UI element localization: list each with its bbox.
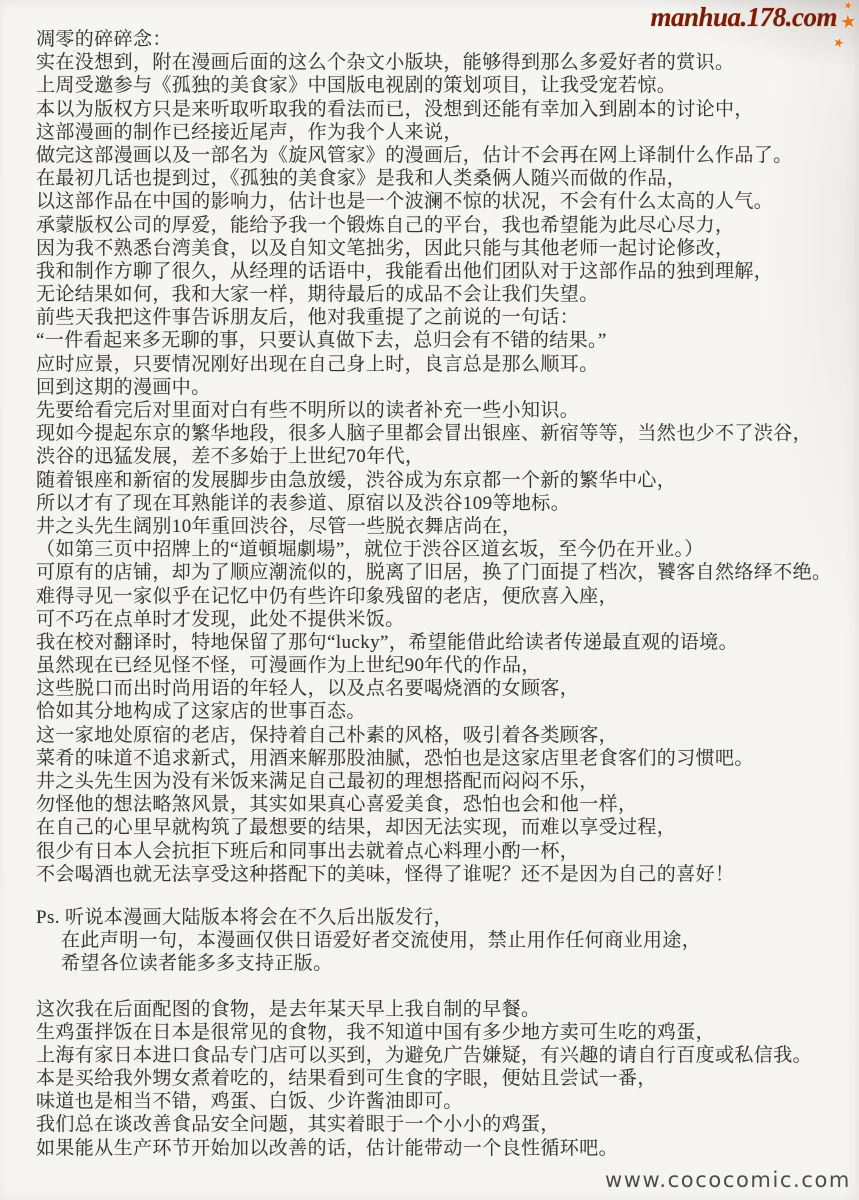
page-title: 凋零的碎碎念：: [36, 28, 848, 51]
text-line: 味道也是相当不错，鸡蛋、白饭、少许酱油即可。: [36, 1090, 848, 1113]
text-line: 这次我在后面配图的食物，是去年某天早上我自制的早餐。: [36, 998, 848, 1021]
text-line: 在最初几话也提到过，《孤独的美食家》是我和人类桑俩人随兴而做的作品，: [36, 167, 848, 190]
text-line: 在此声明一句，本漫画仅供日语爱好者交流使用，禁止用作任何商业用途，: [36, 929, 848, 952]
text-line: Ps. 听说本漫画大陆版本将会在不久后出版发行，: [36, 906, 848, 929]
text-line: 回到这期的漫画中。: [36, 376, 848, 399]
text-line: 恰如其分地构成了这家店的世事百态。: [36, 700, 848, 723]
text-line: 希望各位读者能多多支持正版。: [36, 952, 848, 975]
text-line: 不会喝酒也就无法享受这种搭配下的美味，怪得了谁呢？还不是因为自己的喜好！: [36, 863, 848, 886]
breakfast-paragraph: 这次我在后面配图的食物，是去年某天早上我自制的早餐。生鸡蛋拌饭在日本是很常见的食…: [36, 998, 848, 1160]
text-line: 这些脱口而出时尚用语的年轻人，以及点名要喝烧酒的女顾客，: [36, 677, 848, 700]
text-line: 应时应景，只要情况刚好出现在自己身上时，良言总是那么顺耳。: [36, 353, 848, 376]
text-line: 现如今提起东京的繁华地段，很多人脑子里都会冒出银座、新宿等等，当然也少不了渋谷，: [36, 422, 848, 445]
watermark-cococomic: www.cococomic.com: [605, 1168, 851, 1192]
text-line: 如果能从生产环节开始加以改善的话，估计能带动一个良性循环吧。: [36, 1137, 848, 1160]
text-line: 菜肴的味道不追求新式，用酒来解那股油腻，恐怕也是这家店里老食客们的习惯吧。: [36, 747, 848, 770]
text-line: 可不巧在点单时才发现，此处不提供米饭。: [36, 608, 848, 631]
text-line: 随着银座和新宿的发展脚步由急放缓，渋谷成为东京都一个新的繁华中心，: [36, 469, 848, 492]
afterword-text-column: 凋零的碎碎念： 实在没想到，附在漫画后面的这么个杂文小版块，能够得到那么多爱好者…: [36, 28, 848, 1160]
text-line: 以这部作品在中国的影响力，估计也是一个波澜不惊的状况，不会有什么太高的人气。: [36, 190, 848, 213]
text-line: 上海有家日本进口食品专门店可以买到，为避免广告嫌疑，有兴趣的请自行百度或私信我。: [36, 1044, 848, 1067]
text-line: 我和制作方聊了很久，从经理的话语中，我能看出他们团队对于这部作品的独到理解，: [36, 260, 848, 283]
text-line: 在自己的心里早就构筑了最想要的结果，却因无法实现，而难以享受过程，: [36, 816, 848, 839]
paragraph-gap: [36, 886, 848, 906]
text-line: （如第三页中招牌上的“道頓堀劇場”，就位于渋谷区道玄坂，至今仍在开业。）: [36, 538, 848, 561]
text-line: 虽然现在已经见怪不怪，可漫画作为上世纪90年代的作品，: [36, 654, 848, 677]
text-line: 实在没想到，附在漫画后面的这么个杂文小版块，能够得到那么多爱好者的赏识。: [36, 51, 848, 74]
text-line: 因为我不熟悉台湾美食，以及自知文笔拙劣，因此只能与其他老师一起讨论修改，: [36, 237, 848, 260]
text-line: 承蒙版权公司的厚爱，能给予我一个锻炼自己的平台，我也希望能为此尽心尽力，: [36, 214, 848, 237]
text-line: 做完这部漫画以及一部名为《旋风管家》的漫画后，估计不会再在网上译制什么作品了。: [36, 144, 848, 167]
text-line: 这部漫画的制作已经接近尾声，作为我个人来说，: [36, 121, 848, 144]
text-line: 井之头先生因为没有米饭来满足自己最初的理想搭配而闷闷不乐，: [36, 770, 848, 793]
text-line: 生鸡蛋拌饭在日本是很常见的食物，我不知道中国有多少地方卖可生吃的鸡蛋，: [36, 1021, 848, 1044]
text-line: 可原有的店铺，却为了顺应潮流似的，脱离了旧居，换了门面提了档次，饕客自然络绎不绝…: [36, 561, 848, 584]
scanned-afterword-page: manhua.178.com ★ ★ ★ 凋零的碎碎念： 实在没想到，附在漫画后…: [0, 0, 859, 1200]
text-line: 所以才有了现在耳熟能详的表参道、原宿以及渋谷109等地标。: [36, 492, 848, 515]
text-line: 本是买给我外甥女煮着吃的，结果看到可生食的字眼，便姑且尝试一番，: [36, 1067, 848, 1090]
text-line: 我们总在谈改善食品安全问题，其实着眼于一个小小的鸡蛋，: [36, 1113, 848, 1136]
text-line: 前些天我把这件事告诉朋友后，他对我重提了之前说的一句话：: [36, 306, 848, 329]
paragraph-gap: [36, 976, 848, 998]
text-line: 井之头先生阔别10年重回渋谷，尽管一些脱衣舞店尚在，: [36, 515, 848, 538]
text-line: 这一家地处原宿的老店，保持着自己朴素的风格，吸引着各类顾客，: [36, 724, 848, 747]
ps-paragraph: Ps. 听说本漫画大陆版本将会在不久后出版发行，在此声明一句，本漫画仅供日语爱好…: [36, 906, 848, 976]
text-line: 很少有日本人会抗拒下班后和同事出去就着点心料理小酌一杯，: [36, 840, 848, 863]
text-line: 先要给看完后对里面对白有些不明所以的读者补充一些小知识。: [36, 399, 848, 422]
text-line: 上周受邀参与《孤独的美食家》中国版电视剧的策划项目，让我受宠若惊。: [36, 74, 848, 97]
text-line: 无论结果如何，我和大家一样，期待最后的成品不会让我们失望。: [36, 283, 848, 306]
text-line: 勿怪他的想法略煞风景，其实如果真心喜爱美食，恐怕也会和他一样，: [36, 793, 848, 816]
main-paragraph: 实在没想到，附在漫画后面的这么个杂文小版块，能够得到那么多爱好者的赏识。上周受邀…: [36, 51, 848, 886]
text-line: 我在校对翻译时，特地保留了那句“lucky”，希望能借此给读者传递最直观的语境。: [36, 631, 848, 654]
text-line: 渋谷的迅猛发展，差不多始于上世纪70年代，: [36, 445, 848, 468]
text-line: 难得寻见一家似乎在记忆中仍有些许印象残留的老店，便欣喜入座，: [36, 585, 848, 608]
text-line: “一件看起来多无聊的事，只要认真做下去，总归会有不错的结果。”: [36, 329, 848, 352]
text-line: 本以为版权方只是来听取听取我的看法而已，没想到还能有幸加入到剧本的讨论中，: [36, 98, 848, 121]
